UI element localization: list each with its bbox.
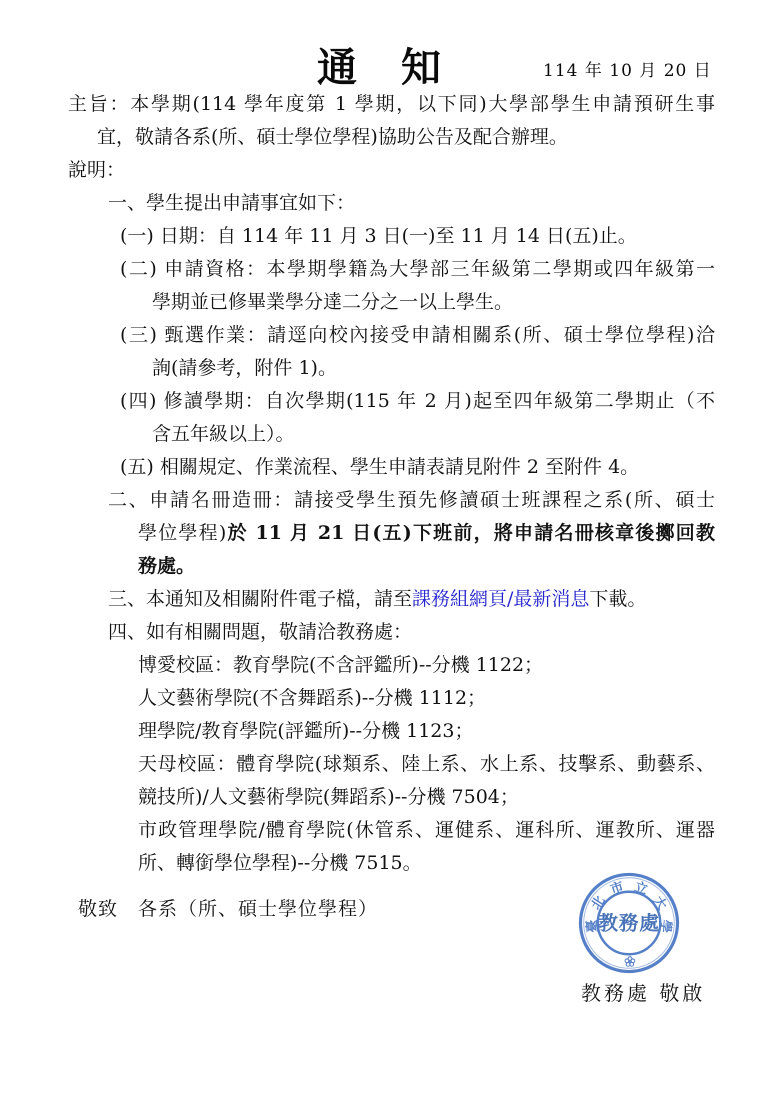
office-seal-stamp: 臺 北 市 立 大 學 教務處 <box>573 867 685 979</box>
item3-prefix: 三、本通知及相關附件電子檔，請至 <box>108 588 412 610</box>
curriculum-news-link[interactable]: 課務組網頁/最新消息 <box>412 588 589 610</box>
item1-sub4-line1: (四) 修讀學期：自次學期(115 年 2 月)起至四年級第二學期止（不 <box>0 385 782 418</box>
item2-line2-bold-deadline: 於 11 月 21 日(五)下班前，將申請名冊核章後擲回教 <box>226 522 715 544</box>
contact-tianmu-line1: 天母校區：體育學院(球類系、陸上系、水上系、技擊系、動藝系、 <box>0 748 782 781</box>
seal-ring-char-5: 大 <box>649 893 670 913</box>
seal-inner-text: 教務處 <box>597 912 660 935</box>
item1-heading: 一、學生提出申請事宜如下： <box>0 187 782 220</box>
contact-city-mgmt-line1: 市政管理學院/體育學院(休管系、運健系、運科所、運教所、運器 <box>0 814 782 847</box>
subject-line-2: 宜，敬請各系(所、碩士學位學程)協助公告及配合辦理。 <box>0 121 782 154</box>
explanation-label: 說明： <box>0 154 782 187</box>
contact-humanities-arts: 人文藝術學院(不含舞蹈系)--分機 1112； <box>0 682 782 715</box>
item2-line3-bold: 務處。 <box>0 550 782 583</box>
item3-download-line: 三、本通知及相關附件電子檔，請至課務組網頁/最新消息下載。 <box>0 583 782 616</box>
item1-sub5-attachments: (五) 相關規定、作業流程、學生申請表請見附件 2 至附件 4。 <box>0 451 782 484</box>
item1-sub3-line2: 詢(請參考，附件 1)。 <box>0 352 782 385</box>
document-date: 114 年 10 月 20 日 <box>543 56 712 81</box>
item1-sub3-line1: (三) 甄選作業：請逕向校內接受申請相關系(所、碩士學位學程)洽 <box>0 319 782 352</box>
plum-blossom-icon <box>625 957 635 967</box>
item2-line2-regular: 學位學程) <box>138 522 226 544</box>
item1-sub1-dates: (一) 日期：自 114 年 11 月 3 日(一)至 11 月 14 日(五)… <box>0 220 782 253</box>
contact-tianmu-line2: 競技所)/人文藝術學院(舞蹈系)--分機 7504； <box>0 781 782 814</box>
item1-sub4-line2: 含五年級以上）。 <box>0 418 782 451</box>
document-body: 主旨：本學期(114 學年度第 1 學期，以下同)大學部學生申請預研生事 宜，敬… <box>0 88 782 926</box>
item1-sub2-line2: 學期並已修畢業學分達二分之一以上學生。 <box>0 286 782 319</box>
contact-science-education: 理學院/教育學院(評鑑所)--分機 1123； <box>0 715 782 748</box>
notice-document: 通 知 114 年 10 月 20 日 主旨：本學期(114 學年度第 1 學期… <box>0 0 782 1100</box>
item2-line2: 學位學程)於 11 月 21 日(五)下班前，將申請名冊核章後擲回教 <box>0 517 782 550</box>
signature-office: 教務處 敬啟 <box>581 977 705 1006</box>
contact-boai-education: 博愛校區：教育學院(不含評鑑所)--分機 1122； <box>0 649 782 682</box>
subject-line-1: 主旨：本學期(114 學年度第 1 學期，以下同)大學部學生申請預研生事 <box>0 88 782 121</box>
item3-suffix: 下載。 <box>589 588 646 610</box>
item1-sub2-line1: (二) 申請資格：本學期學籍為大學部三年級第二學期或四年級第一 <box>0 253 782 286</box>
item2-line1: 二、申請名冊造冊：請接受學生預先修讀碩士班課程之系(所、碩士 <box>0 484 782 517</box>
item4-heading: 四、如有相關問題，敬請洽教務處： <box>0 616 782 649</box>
